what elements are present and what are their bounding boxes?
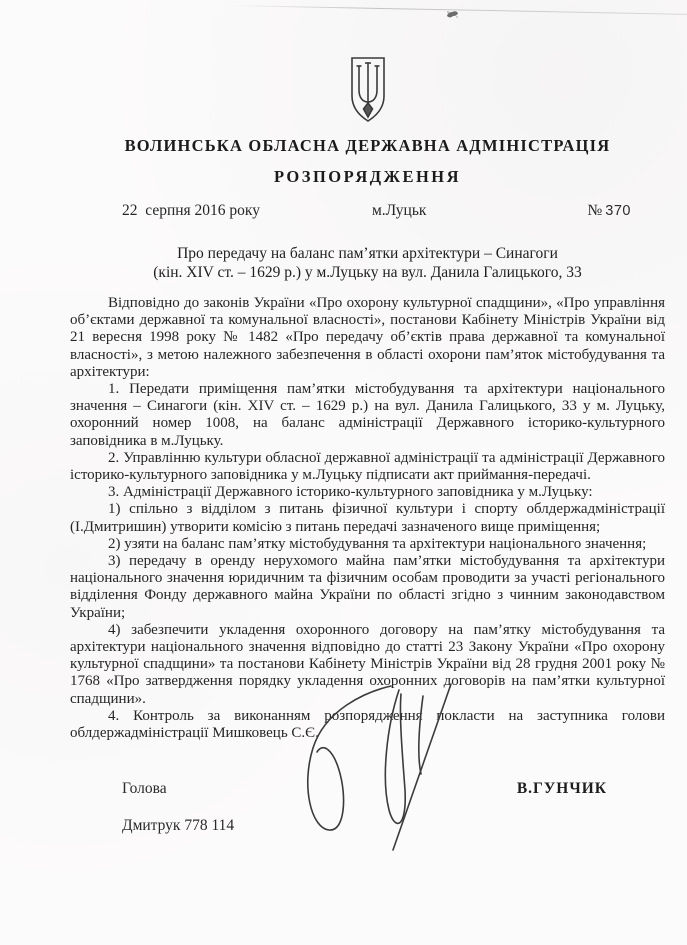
document-title: Про передачу на баланс пам’ятки архітект… xyxy=(70,244,665,282)
paragraph-intro: Відповідно до законів України «Про охоро… xyxy=(70,295,665,381)
title-line-2: (кін. XIV ст. – 1629 р.) у м.Луцьку на в… xyxy=(70,263,665,282)
number-value: 370 xyxy=(605,203,631,219)
scanned-decree-page: ВОЛИНСЬКА ОБЛАСНА ДЕРЖАВНА АДМІНІСТРАЦІЯ… xyxy=(0,0,687,945)
document-number: №370 xyxy=(588,202,632,220)
paragraph-item-1: 1. Передати приміщення пам’ятки містобуд… xyxy=(70,381,665,450)
organization-name: ВОЛИНСЬКА ОБЛАСНА ДЕРЖАВНА АДМІНІСТРАЦІЯ xyxy=(70,136,665,156)
paragraph-subitem-3: 3) передачу в оренду нерухомого майна па… xyxy=(70,553,665,622)
signer-role: Голова xyxy=(122,780,167,798)
emblem-wrap xyxy=(70,0,665,129)
ukraine-trident-emblem-icon xyxy=(345,56,391,124)
document-type-heading: РОЗПОРЯДЖЕННЯ xyxy=(70,167,665,187)
paragraph-subitem-1: 1) спільно з відділом з питань фізичної … xyxy=(70,501,665,535)
dateline: 22 серпня 2016 року м.Луцьк №370 xyxy=(70,202,665,222)
paragraph-subitem-2: 2) узяти на баланс пам’ятку містобудуван… xyxy=(70,536,665,553)
handwritten-signature-icon xyxy=(295,678,465,879)
signer-name: В.ГУНЧИК xyxy=(517,780,607,798)
document-place: м.Луцьк xyxy=(372,202,426,220)
paragraph-item-2: 2. Управлінню культури обласної державно… xyxy=(70,450,665,484)
paragraph-item-3: 3. Адміністрації Державного історико-кул… xyxy=(70,484,665,501)
document-body: Відповідно до законів України «Про охоро… xyxy=(70,295,665,742)
document-date: 22 серпня 2016 року xyxy=(122,202,260,220)
number-sign: № xyxy=(588,202,603,219)
title-line-1: Про передачу на баланс пам’ятки архітект… xyxy=(70,244,665,263)
